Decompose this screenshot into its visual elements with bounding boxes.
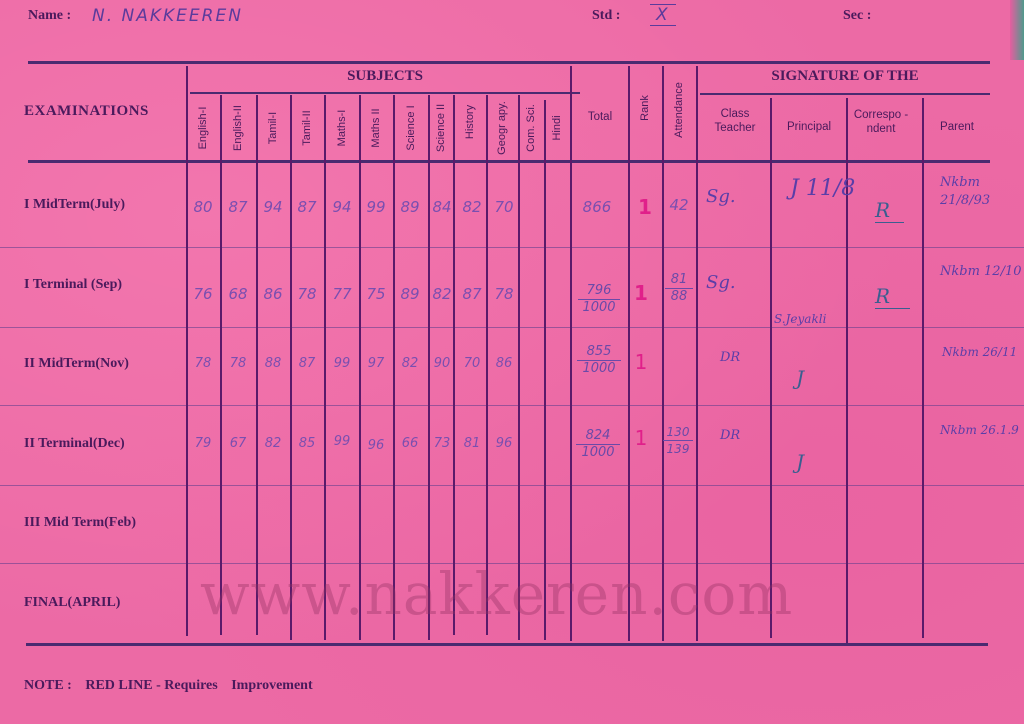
rank-header: Rank [639,75,651,141]
rank-cell: 1 [626,426,656,450]
subjects-header: SUBJECTS [190,68,580,85]
mark-cell: 76 [186,285,220,303]
attendance-present: 81 [665,272,693,289]
note-text-improvement: Improvement [231,678,312,693]
mark-cell: 94 [325,198,359,216]
subject-header-science-2: Science II [435,95,447,161]
total-score: 796 [578,283,620,300]
exam-row-4-label: II Terminal(Dec) [24,436,125,452]
std-label: Std : [592,8,620,24]
mark-cell: 78 [290,285,324,303]
class-teacher-signature: DR [720,350,740,365]
examinations-header: EXAMINATIONS [24,103,149,120]
total-cell: 824 1000 [576,428,620,461]
report-card: Name : N. NAKKEEREN Std : X Sec : EXAMIN… [0,0,1024,724]
attendance-header: Attendance [673,77,685,143]
col-divider [770,98,772,638]
row-divider [0,485,1024,486]
mark-cell: 96 [359,438,393,453]
mark-cell: 67 [221,436,255,451]
mark-cell: 94 [256,198,290,216]
mark-cell: 70 [455,356,489,371]
mark-cell: 86 [487,356,521,371]
subjects-divider [190,92,580,94]
mark-cell: 75 [359,285,393,303]
signature-divider [700,93,990,95]
mark-cell: 90 [425,356,459,371]
sec-label: Sec : [843,8,871,24]
table-top-border [28,61,990,64]
total-cell: 866 [577,198,617,216]
attendance-cell: 42 [662,196,696,214]
mark-cell: 87 [290,356,324,371]
attendance-present: 130 [663,424,693,441]
row-divider [0,327,1024,328]
mark-cell: 79 [186,436,220,451]
subject-header-com-sci: Com. Sci. [525,95,537,161]
mark-cell: 87 [290,198,324,216]
subject-header-geography: Geogr apy. [496,95,508,161]
student-name: N. NAKKEEREN [92,6,243,26]
mark-cell: 82 [256,436,290,451]
exam-row-2-label: I Terminal (Sep) [24,277,122,293]
total-header: Total [572,110,628,124]
total-max: 1000 [582,300,615,315]
footer-note: NOTE : RED LINE - Requires Improvement [24,678,323,694]
mark-cell: 99 [325,434,359,449]
attendance-total: 139 [667,442,690,456]
subject-header-english-1: English-I [197,95,209,161]
correspondent-signature: R [875,198,904,223]
mark-cell: 78 [221,356,255,371]
col-divider [544,100,546,640]
total-cell: 796 1000 [578,283,620,316]
mark-cell: 86 [256,285,290,303]
mark-cell: 89 [393,198,427,216]
note-text-red-line: RED LINE - Requires [85,678,217,693]
background-edge [1010,0,1024,60]
mark-cell: 84 [425,198,459,216]
mark-cell: 82 [425,285,459,303]
note-label: NOTE : [24,678,72,693]
class-teacher-signature: Sg. [706,186,736,207]
subject-header-tamil-2: Tamil-II [301,95,313,161]
total-score: 824 [576,428,620,445]
attendance-total: 88 [671,289,688,304]
mark-cell: 87 [221,198,255,216]
rank-cell: 1 [626,350,656,374]
row-divider [0,405,1024,406]
principal-signature: J [796,450,804,474]
class-teacher-signature: Sg. [706,272,736,293]
principal-signature: J 11/8 [790,176,855,201]
mark-cell: 85 [290,436,324,451]
class-teacher-header: Class Teacher [700,107,770,135]
exam-row-5-label: III Mid Term(Feb) [24,515,136,531]
rank-cell: 1 [630,195,660,219]
rank-cell: 1 [626,281,656,305]
col-divider [186,66,188,636]
parent-signature: Nkbm 21/8/93 [940,174,1024,210]
col-divider [662,66,664,641]
mark-cell: 82 [455,198,489,216]
name-label: Name : [28,8,71,24]
exam-row-6-label: FINAL(APRIL) [24,595,120,611]
mark-cell: 80 [186,198,220,216]
mark-cell: 68 [221,285,255,303]
subject-header-maths-1: Maths-I [336,95,348,161]
principal-header: Principal [772,120,846,134]
mark-cell: 78 [186,356,220,371]
attendance-cell: 130 139 [663,424,693,457]
mark-cell: 82 [393,356,427,371]
col-divider [696,66,698,641]
mark-cell: 89 [393,285,427,303]
mark-cell: 70 [487,198,521,216]
parent-signature: Nkbm 12/10 [940,262,1024,282]
mark-cell: 87 [455,285,489,303]
class-teacher-signature: DR [720,428,740,443]
parent-signature: Nkbm 26.1.9 [940,420,1024,440]
parent-signature: Nkbm 26/11 [942,342,1024,362]
principal-signature: J [796,366,804,390]
attendance-cell: 81 88 [665,272,693,305]
mark-cell: 66 [393,436,427,451]
subject-header-maths-2: Maths II [370,95,382,161]
total-max: 1000 [582,361,615,376]
std-value: X [650,4,676,26]
total-max: 1000 [581,445,614,460]
table-bottom-border [26,643,988,646]
mark-cell: 88 [256,356,290,371]
principal-signature: S.Jeyakli [774,312,826,326]
subject-header-english-2: English-II [232,95,244,161]
exam-row-3-label: II MidTerm(Nov) [24,356,129,372]
mark-cell: 97 [359,356,393,371]
mark-cell: 73 [425,436,459,451]
signature-header: SIGNATURE OF THE [700,68,990,85]
col-divider [922,98,924,638]
parent-header: Parent [924,120,990,134]
col-divider [570,66,572,641]
mark-cell: 99 [325,356,359,371]
subject-header-history: History [464,89,476,155]
total-cell: 855 1000 [577,344,621,377]
subject-header-science-1: Science I [405,95,417,161]
mark-cell: 77 [325,285,359,303]
exam-row-1-label: I MidTerm(July) [24,197,125,213]
row-divider [0,247,1024,248]
correspondent-signature: R [875,284,910,309]
mark-cell: 99 [359,198,393,216]
mark-cell: 78 [487,285,521,303]
correspondent-header: Correspo -ndent [848,108,914,136]
subject-header-tamil-1: Tamil-I [267,95,279,161]
subject-header-hindi: Hindi [551,95,563,161]
mark-cell: 81 [455,436,489,451]
total-score: 855 [577,344,621,361]
watermark: www.nakkeren.com [200,560,793,628]
mark-cell: 96 [487,436,521,451]
